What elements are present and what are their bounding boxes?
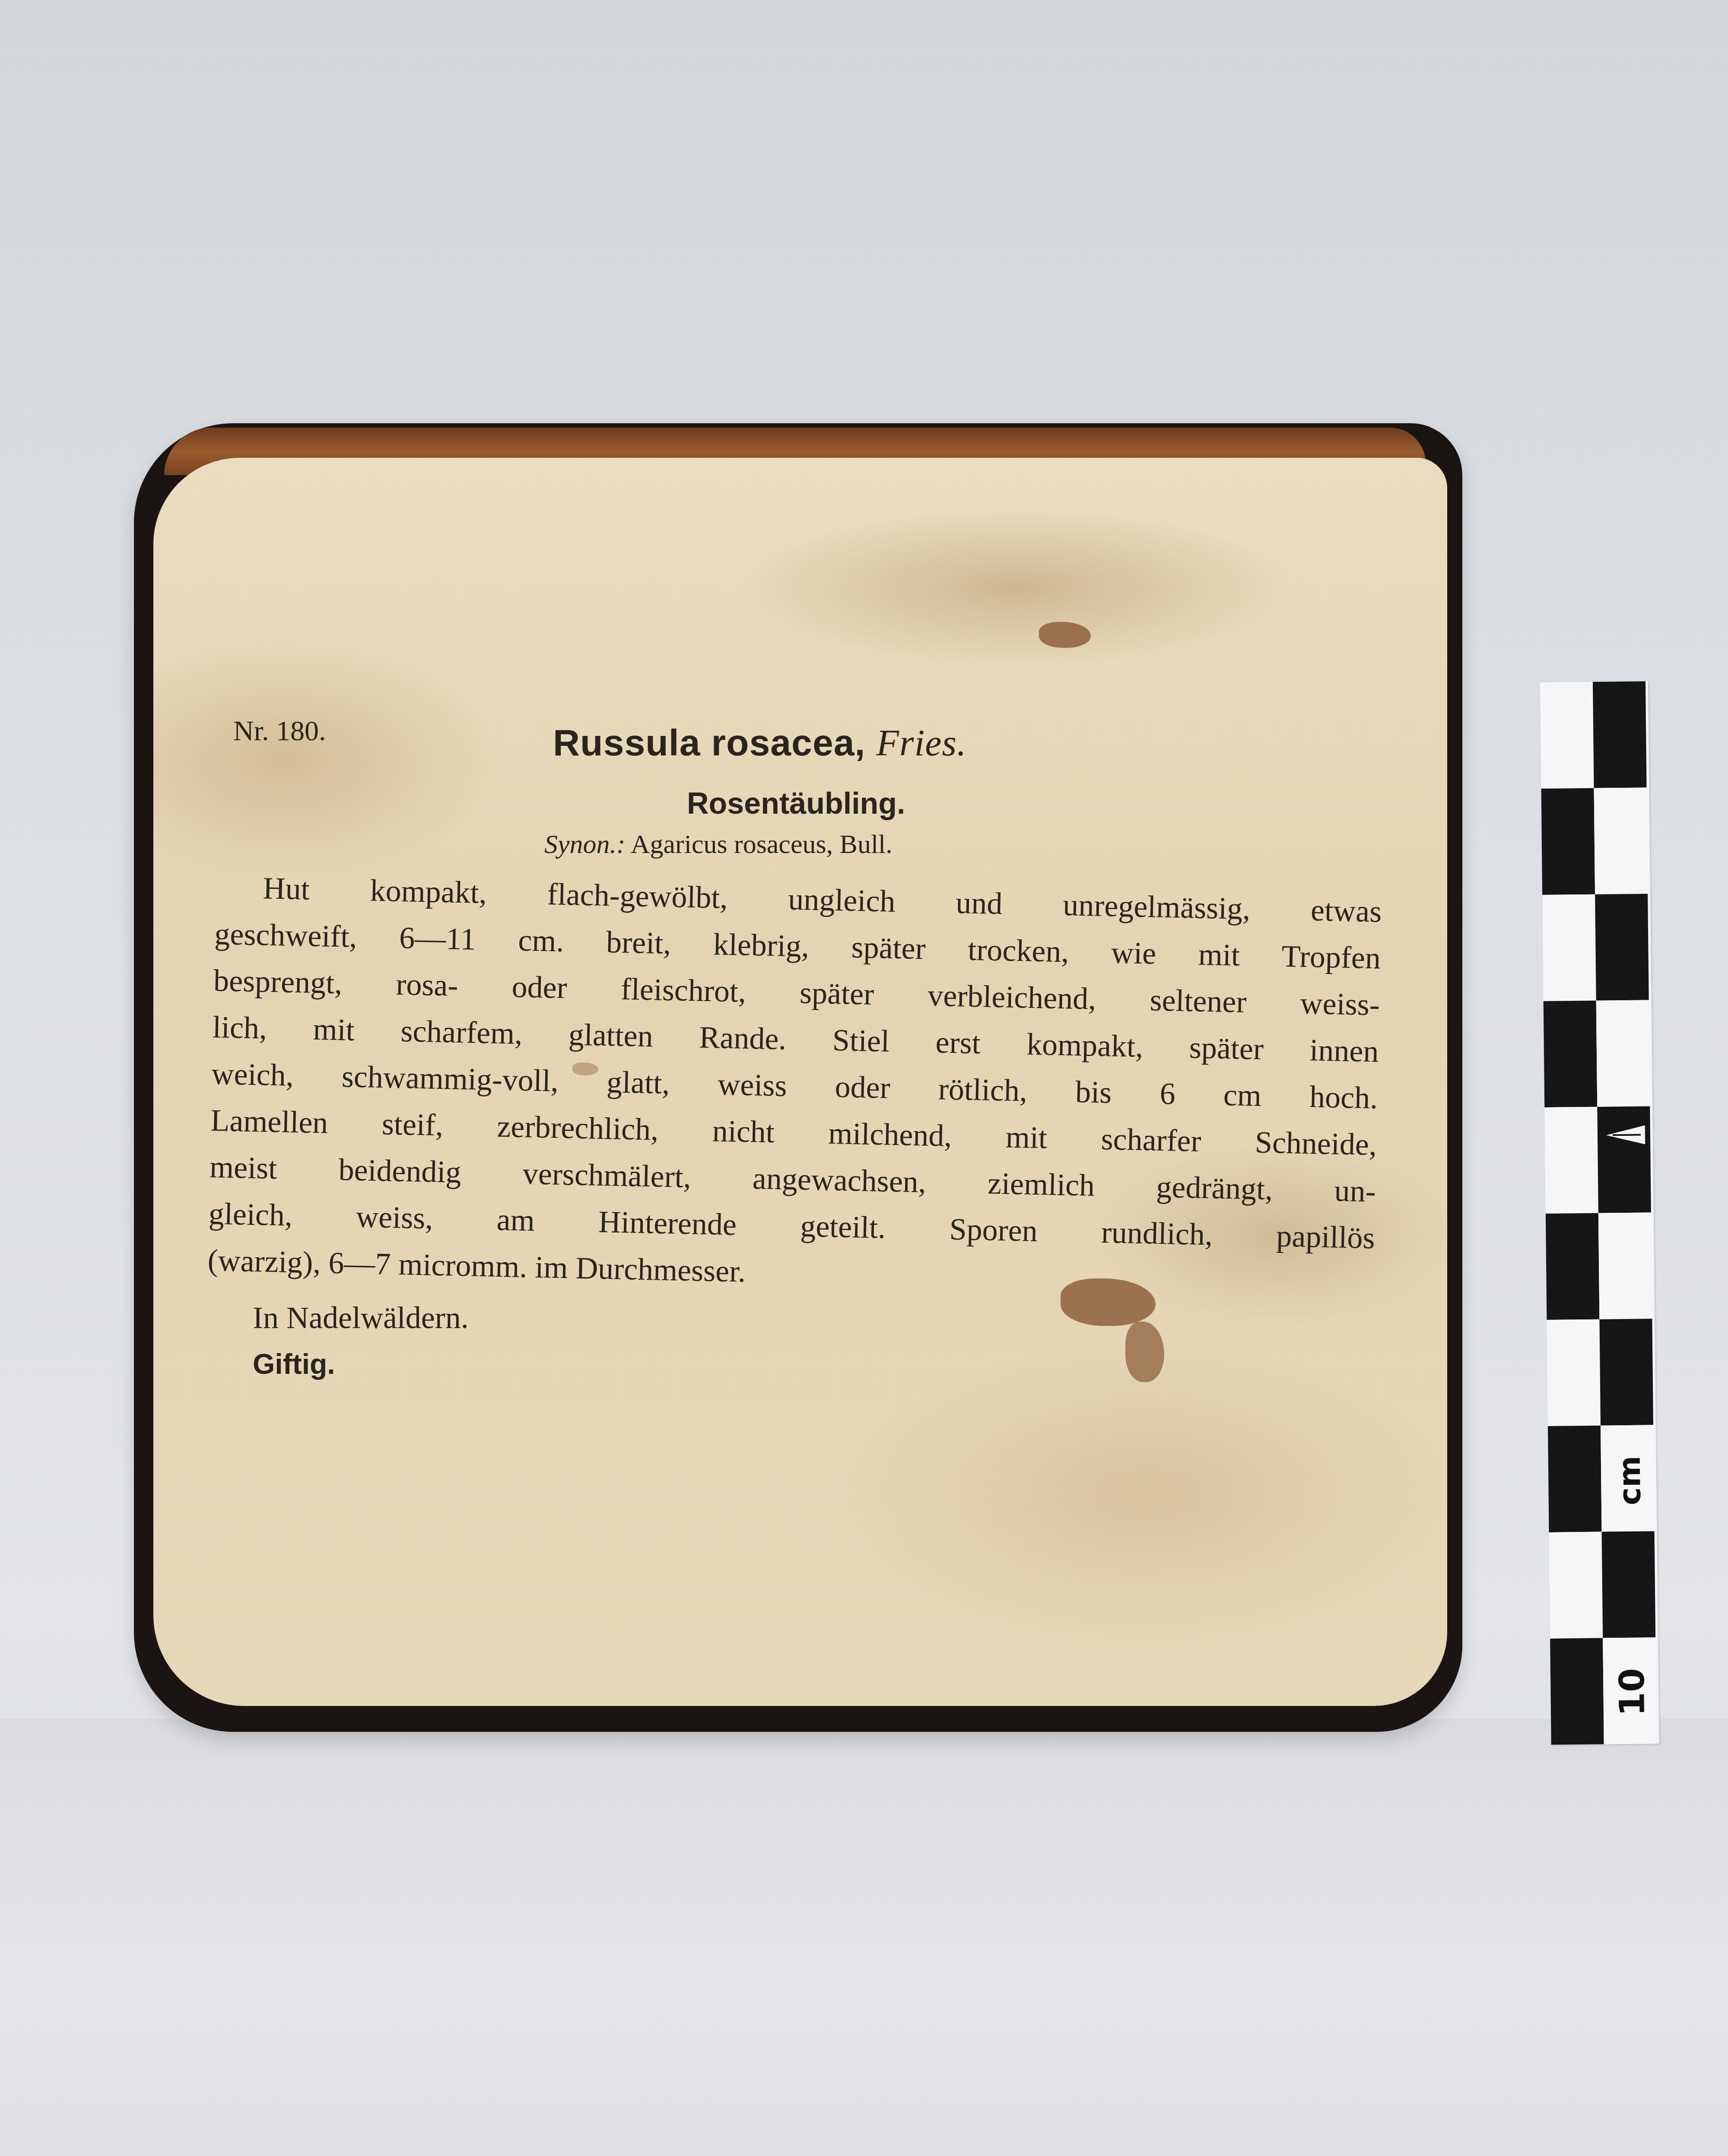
scale-cell — [1546, 1213, 1600, 1320]
scale-cell — [1542, 894, 1596, 1001]
species-name: Russula rosacea, — [553, 722, 865, 764]
synonym-value: Agaricus rosaceus, Bull. — [631, 830, 893, 859]
common-name: Rosentäubling. — [687, 786, 905, 821]
habitat-text: In Nadelwäldern. — [253, 1300, 469, 1336]
synonym-line: Synon.: Agaricus rosaceus, Bull. — [544, 829, 893, 860]
scale-cell — [1598, 1212, 1652, 1319]
scale-cell — [1544, 1107, 1598, 1214]
scale-cell — [1594, 787, 1648, 894]
scale-cell — [1541, 788, 1595, 895]
scale-cell — [1602, 1531, 1656, 1638]
scale-cell — [1544, 1001, 1598, 1107]
background-floor — [0, 1719, 1728, 2156]
scale-cell — [1549, 1532, 1603, 1639]
scale-cell — [1550, 1638, 1604, 1745]
toxicity-text: Giftig. — [253, 1347, 335, 1380]
scale-unit-label: cm — [1608, 1454, 1652, 1506]
scale-cell — [1596, 1000, 1650, 1107]
scale-cell — [1595, 894, 1649, 1000]
species-title: Russula rosacea, Fries. — [553, 721, 966, 764]
scale-cell — [1548, 1426, 1602, 1532]
scale-value-label: 10 — [1610, 1666, 1654, 1718]
stain-mark — [1039, 622, 1091, 648]
scale-cell — [1599, 1319, 1653, 1425]
specimen-number: Nr. 180. — [233, 715, 326, 748]
stain-mark — [1125, 1322, 1164, 1382]
description-paragraph: Hut kompakt, flach-gewölbt, ungleich und… — [207, 864, 1382, 1308]
scale-cell — [1540, 682, 1594, 789]
scale-bar: cm 10 — [1540, 681, 1659, 1744]
scale-cell — [1547, 1319, 1601, 1426]
scale-cell — [1593, 681, 1647, 788]
orientation-arrow-icon — [1600, 1117, 1652, 1152]
species-author: Fries. — [876, 722, 966, 764]
synonym-label: Synon.: — [544, 830, 626, 859]
